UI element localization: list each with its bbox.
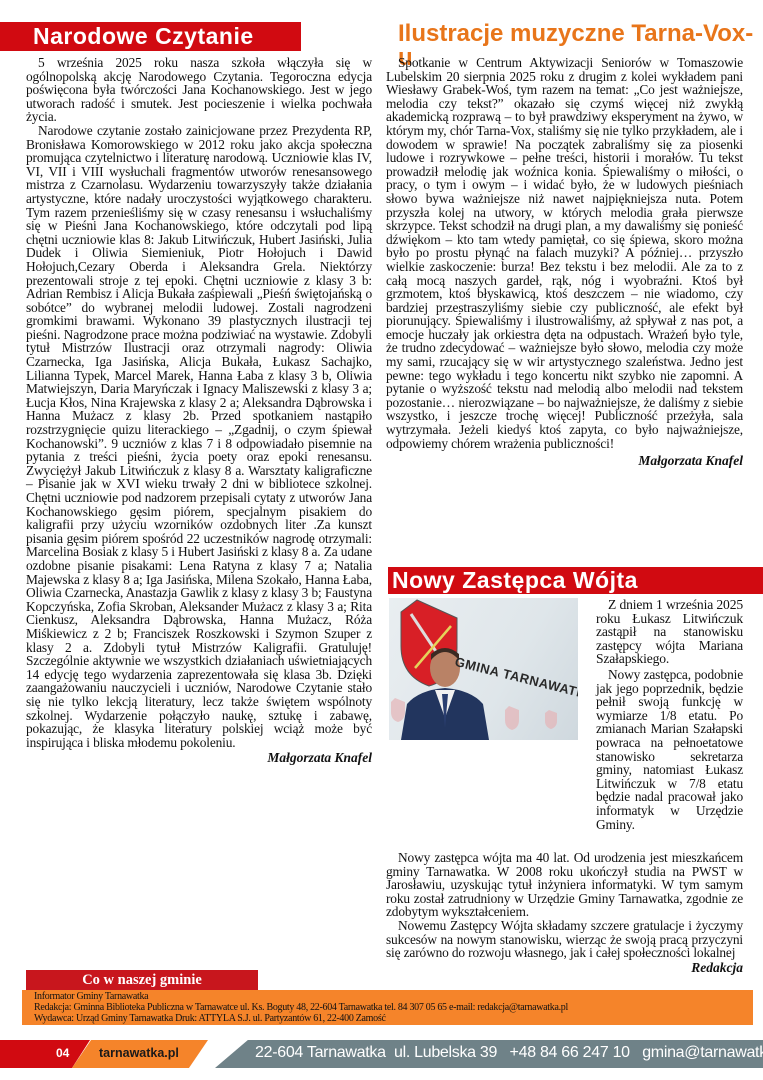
deputy-article-body: Nowy zastępca, podobnie jak jego poprzed… — [386, 668, 743, 831]
deputy-article-paragraph-2: Nowy zastępca, podobnie jak jego poprzed… — [596, 668, 743, 831]
imprint-box: Informator Gminy Tarnawatka Redakcja: Gm… — [22, 990, 753, 1025]
page-number: 04 — [56, 1046, 69, 1060]
left-article: 5 września 2025 roku nasza szkoła włączy… — [26, 56, 372, 766]
left-article-paragraph-2: Narodowe czytanie zostało zainicjowane p… — [26, 124, 372, 749]
deputy-article-paragraph-4: Nowemu Zastępcy Wójta składamy szczere g… — [386, 919, 743, 960]
imprint-line-3: Wydawca: Urząd Gminy Tarnawatka Druk: AT… — [34, 1013, 753, 1024]
left-article-author: Małgorzata Knafel — [26, 750, 372, 766]
imprint-line-1: Informator Gminy Tarnawatka — [34, 991, 753, 1002]
website-link[interactable]: tarnawatka.pl — [99, 1046, 179, 1060]
imprint-line-2: Redakcja: Gminna Biblioteka Publiczna w … — [34, 1002, 753, 1013]
right-article: Spotkanie w Centrum Aktywizacji Seniorów… — [386, 56, 743, 469]
deputy-article-title-banner: Nowy Zastępca Wójta — [388, 567, 763, 594]
left-article-title-banner: Narodowe Czytanie 2025 — [0, 22, 301, 51]
deputy-article-paragraph-3: Nowy zastępca wójta ma 40 lat. Od urodze… — [386, 851, 743, 919]
deputy-article-side-text: Z dniem 1 września 2025 roku Łukasz Litw… — [596, 598, 743, 666]
deputy-article-paragraph-1: Z dniem 1 września 2025 roku Łukasz Litw… — [596, 598, 743, 666]
right-article-author: Małgorzata Knafel — [386, 453, 743, 469]
website-bar: tarnawatka.pl — [72, 1040, 208, 1068]
contact-info: 22-604 Tarnawatka ul. Lubelska 39 +48 84… — [255, 1044, 763, 1062]
deputy-article-title: Nowy Zastępca Wójta — [392, 567, 638, 593]
deputy-article-author: Redakcja — [386, 960, 743, 976]
contact-bar: 22-604 Tarnawatka ul. Lubelska 39 +48 84… — [215, 1040, 763, 1068]
deputy-article-body-lower: Nowy zastępca wójta ma 40 lat. Od urodze… — [386, 851, 743, 976]
right-article-paragraph-1: Spotkanie w Centrum Aktywizacji Seniorów… — [386, 56, 743, 450]
left-article-paragraph-1: 5 września 2025 roku nasza szkoła włączy… — [26, 56, 372, 124]
section-label: Co w naszej gminie — [26, 970, 258, 990]
